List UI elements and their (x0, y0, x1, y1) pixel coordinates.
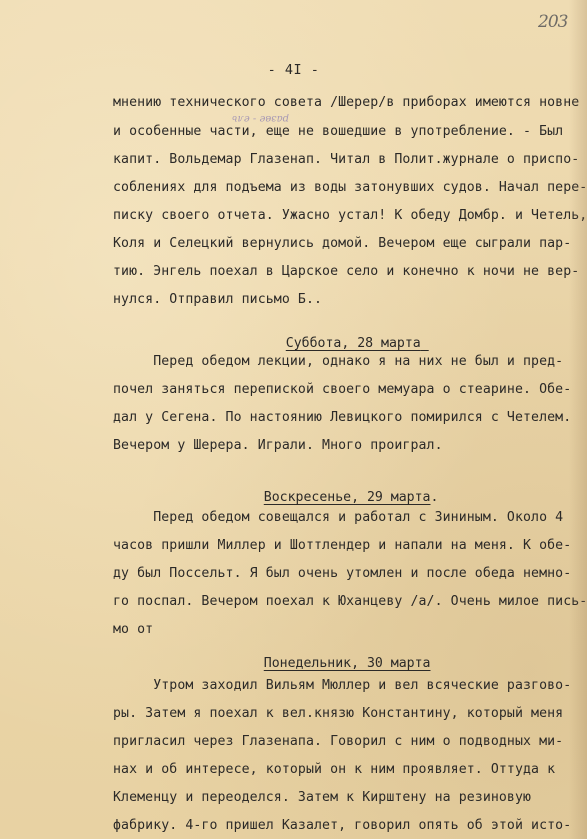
text-line: мнению технического совета /Шерер/в приб… (113, 95, 579, 111)
text-line: Вечером у Шерера. Играли. Много проиграл… (113, 438, 443, 454)
text-line: нулся. Отправил письмо Б.. (113, 292, 322, 308)
page-number: - 4I - (0, 62, 587, 78)
entry-heading-text: Воскресенье, 29 марта (264, 490, 431, 505)
text-line: почел заняться перепиской своего мемуара… (113, 382, 571, 398)
handwritten-annotation: разве - ель (232, 113, 289, 124)
text-line: писку своего отчета. Ужасно устал! К обе… (113, 208, 587, 224)
entry-heading-text: Понедельник, 30 марта (264, 656, 431, 671)
text-line: ры. Затем я поехал к вел.князю Константи… (113, 706, 563, 722)
text-line: пригласил через Глазенапа. Говорил с ним… (113, 734, 563, 750)
text-line: и особенные части, еще не вошедшие в упо… (113, 124, 563, 140)
text-line: капит. Вольдемар Глазенап. Читал в Полит… (113, 152, 579, 168)
document-page: 203 - 4I - разве - ель мнению техническо… (0, 0, 587, 839)
text-line: фабрику. 4-го пришел Казалет, говорил оп… (113, 818, 571, 834)
archive-folio-number: 203 (538, 12, 567, 32)
text-line: дал у Сегена. По настоянию Левицкого пом… (113, 410, 571, 426)
text-line: Коля и Селецкий вернулись домой. Вечером… (113, 236, 571, 252)
text-line: го поспал. Вечером поехал к Юханцеву /а/… (113, 594, 587, 610)
text-line: ду был Поссельт. Я был очень утомлен и п… (113, 566, 571, 582)
text-line: Перед обедом лекции, однако я на них не … (113, 354, 563, 370)
text-line: тию. Энгель поехал в Царское село и коне… (113, 264, 579, 280)
text-line: Утром заходил Вильям Мюллер и вел всячес… (113, 678, 571, 694)
text-line: нах и об интересе, который он к ним проя… (113, 762, 555, 778)
text-line: Перед обедом совещался и работал с Зинин… (113, 510, 563, 526)
text-line: мо от (113, 622, 153, 638)
text-line: Клеменцу и переоделся. Затем к Кирштену … (113, 790, 531, 806)
text-line: соблениях для подъема из воды затонувших… (113, 180, 587, 196)
entry-heading-text: Суббота, 28 марта (286, 336, 421, 351)
text-line: часов пришли Миллер и Шоттлендер и напал… (113, 538, 571, 554)
